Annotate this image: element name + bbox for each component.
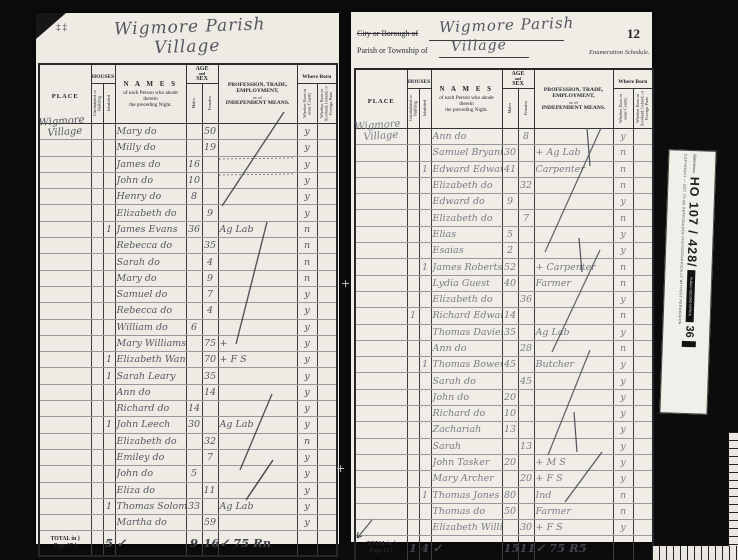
cell-s xyxy=(633,243,653,259)
total-uninhabited xyxy=(91,531,103,557)
cell-c: y xyxy=(297,172,317,188)
cell-i xyxy=(103,433,115,449)
cell-place xyxy=(355,324,407,340)
census-row: 1Edward Edwards41Carpentern xyxy=(355,161,653,177)
cell-place xyxy=(39,189,91,205)
cell-name: Rebecca do xyxy=(115,303,186,319)
cell-i xyxy=(103,466,115,482)
total-males: 15 xyxy=(502,536,518,560)
cell-u xyxy=(407,406,419,422)
page-title-script: Wigmore Parish xyxy=(114,14,266,39)
total-names-check: ✓ xyxy=(115,531,186,557)
cell-i xyxy=(103,449,115,465)
cell-m: 40 xyxy=(502,275,518,291)
total-inhabited: 4 xyxy=(419,536,431,560)
cell-f: 9 xyxy=(202,270,218,286)
census-row: James do16y xyxy=(39,156,337,172)
cell-place xyxy=(39,433,91,449)
cell-place xyxy=(39,221,91,237)
cell-m: 5 xyxy=(502,226,518,242)
cell-name: Edward Edwards xyxy=(431,161,502,177)
cell-c: y xyxy=(297,205,317,221)
cell-s xyxy=(633,503,653,519)
cell-u xyxy=(407,259,419,275)
cell-prof xyxy=(218,270,297,286)
cell-s xyxy=(317,482,337,498)
col-place: PLACE xyxy=(52,93,79,100)
cell-s xyxy=(633,275,653,291)
cell-u xyxy=(407,373,419,389)
cell-c: n xyxy=(297,238,317,254)
cell-u xyxy=(407,454,419,470)
census-row: 1James Evans36Ag Labn xyxy=(39,221,337,237)
cell-i xyxy=(419,210,431,226)
cell-place xyxy=(355,259,407,275)
census-row: Samuel do7y xyxy=(39,286,337,302)
cell-m: 14 xyxy=(502,308,518,324)
cell-prof xyxy=(218,368,297,384)
cell-place xyxy=(355,389,407,405)
cell-name: Thomas do xyxy=(431,503,502,519)
cell-s xyxy=(633,129,653,145)
cell-f xyxy=(202,417,218,433)
cell-s xyxy=(633,487,653,503)
cell-u xyxy=(407,487,419,503)
cell-s xyxy=(317,368,337,384)
total-profession: ✓ 75 R5 xyxy=(534,536,613,560)
cell-name: James Evans xyxy=(115,221,186,237)
cell-s xyxy=(317,433,337,449)
cell-c: n xyxy=(297,433,317,449)
cell-place xyxy=(355,471,407,487)
cell-s xyxy=(317,156,337,172)
cell-i xyxy=(419,503,431,519)
col-uninhabited: Uninhabited or Building xyxy=(93,85,102,122)
cell-f xyxy=(518,487,534,503)
cell-place xyxy=(355,308,407,324)
cell-prof xyxy=(534,226,613,242)
corner-mark: ‡‡ xyxy=(56,22,69,32)
cell-s xyxy=(633,520,653,536)
cell-f: 36 xyxy=(518,291,534,307)
cell-f xyxy=(202,172,218,188)
cell-f xyxy=(518,259,534,275)
cell-u xyxy=(91,384,103,400)
reference-caption: Reference: xyxy=(692,154,698,174)
cell-m xyxy=(502,210,518,226)
census-row: Lydia Guest40Farmern xyxy=(355,275,653,291)
cell-c: n xyxy=(613,275,633,291)
cell-place xyxy=(39,140,91,156)
cell-c: y xyxy=(613,291,633,307)
cell-place xyxy=(355,406,407,422)
col-uninhabited: Uninhabited or Building xyxy=(409,90,418,127)
cell-s xyxy=(633,259,653,275)
census-row: 1John Leech30Ag Laby xyxy=(39,417,337,433)
cell-c: y xyxy=(297,319,317,335)
cell-c: n xyxy=(613,503,633,519)
cell-prof: Ind xyxy=(534,487,613,503)
total-uninhabited: 1 xyxy=(407,536,419,560)
cell-m xyxy=(186,384,202,400)
cell-c: y xyxy=(297,124,317,140)
cell-m xyxy=(186,449,202,465)
cell-place xyxy=(39,498,91,514)
cell-prof xyxy=(218,482,297,498)
table-body: Ann do8ySamuel Bryant30+ Ag Labn1Edward … xyxy=(355,129,653,536)
table-body: Mary do50yMilly do19yJames do16yJohn do1… xyxy=(39,124,337,531)
cell-name: Ann do xyxy=(115,384,186,400)
cell-name: Elizabeth do xyxy=(431,210,502,226)
cell-u xyxy=(91,466,103,482)
cell-prof xyxy=(218,189,297,205)
cell-c: y xyxy=(613,324,633,340)
cell-prof xyxy=(534,129,613,145)
cell-place xyxy=(39,238,91,254)
cell-place xyxy=(39,401,91,417)
cell-place xyxy=(39,335,91,351)
schedule-caption: Enumeration Schedule. xyxy=(589,49,650,56)
cell-c: n xyxy=(613,308,633,324)
cell-f xyxy=(518,194,534,210)
cell-prof: + Carpenter xyxy=(534,259,613,275)
cell-u xyxy=(91,368,103,384)
cell-u xyxy=(91,515,103,531)
cell-s xyxy=(633,145,653,161)
census-row: 1Elizabeth Wanklin70+ F Sy xyxy=(39,352,337,368)
cell-m: 20 xyxy=(502,389,518,405)
cell-s xyxy=(633,340,653,356)
cell-m: 30 xyxy=(502,145,518,161)
cell-s xyxy=(317,352,337,368)
total-label: TOTAL in } Page 18 { xyxy=(355,536,407,560)
col-profession: PROFESSION, TRADE, EMPLOYMENT, or of IND… xyxy=(534,69,613,129)
cell-c: y xyxy=(297,384,317,400)
cell-name: Thomas Davies xyxy=(431,324,502,340)
cell-c: y xyxy=(297,498,317,514)
total-born-county xyxy=(613,536,633,560)
cell-f: 4 xyxy=(202,303,218,319)
table-total-row: TOTAL in } Page 17 { 5 ✓ 9 16 ✓ 75 Rn xyxy=(39,531,337,557)
cell-f xyxy=(202,466,218,482)
cell-s xyxy=(317,417,337,433)
cell-s xyxy=(633,454,653,470)
cell-place xyxy=(39,205,91,221)
census-row: Elias5y xyxy=(355,226,653,242)
cell-u xyxy=(91,335,103,351)
col-females: Females xyxy=(208,96,213,110)
cell-prof: Ag Lab xyxy=(218,498,297,514)
cell-f: 4 xyxy=(202,254,218,270)
cell-name: Zachariah xyxy=(431,422,502,438)
cell-name: Samuel do xyxy=(115,286,186,302)
cell-prof xyxy=(534,210,613,226)
cell-i xyxy=(103,156,115,172)
cell-m: 13 xyxy=(502,422,518,438)
cell-i xyxy=(419,145,431,161)
cell-i xyxy=(419,454,431,470)
cell-u xyxy=(407,161,419,177)
cell-u xyxy=(91,156,103,172)
census-row: Martha do59y xyxy=(39,515,337,531)
cell-prof xyxy=(218,384,297,400)
cell-name: Edward do xyxy=(431,194,502,210)
cell-i xyxy=(103,515,115,531)
cell-i xyxy=(419,177,431,193)
col-females: Females xyxy=(524,101,529,115)
cell-name: John do xyxy=(115,172,186,188)
census-row: John do10y xyxy=(39,172,337,188)
cell-i xyxy=(419,291,431,307)
cell-prof: Ag Lab xyxy=(218,417,297,433)
cell-name: John do xyxy=(115,466,186,482)
page-number: 12 xyxy=(627,26,640,42)
cell-f: 45 xyxy=(518,373,534,389)
cell-f: 11 m xyxy=(202,482,218,498)
census-row: Eliza do11 my xyxy=(39,482,337,498)
cell-place xyxy=(39,384,91,400)
cell-prof: Butcher xyxy=(534,357,613,373)
col-born-elsewhere: Whether Born in Scotland, Ireland, or Fo… xyxy=(636,90,650,127)
cell-m xyxy=(502,129,518,145)
cell-f: 50 xyxy=(202,124,218,140)
cell-i xyxy=(103,303,115,319)
census-row: Mary Archer20+ F Sy xyxy=(355,471,653,487)
census-row: 1Thomas Jones80Indn xyxy=(355,487,653,503)
cell-prof: + F S xyxy=(534,520,613,536)
cell-name: Elizabeth do xyxy=(431,177,502,193)
census-row: 1Thomas Solomons33Ag Laby xyxy=(39,498,337,514)
cell-place xyxy=(355,520,407,536)
cell-s xyxy=(317,205,337,221)
cell-place xyxy=(39,368,91,384)
cell-prof xyxy=(218,515,297,531)
census-row: Zachariah13y xyxy=(355,422,653,438)
cell-i xyxy=(419,373,431,389)
cell-c: n xyxy=(613,210,633,226)
cell-s xyxy=(317,238,337,254)
cell-f: 35 xyxy=(202,238,218,254)
cell-prof: Farmer xyxy=(534,503,613,519)
cell-f: 32 xyxy=(202,433,218,449)
cell-i: 1 xyxy=(419,487,431,503)
cell-place xyxy=(39,319,91,335)
cell-u xyxy=(91,270,103,286)
cell-prof xyxy=(218,319,297,335)
cell-place xyxy=(355,340,407,356)
census-row: Esaias2y xyxy=(355,243,653,259)
total-born-elsewhere xyxy=(317,531,337,557)
cell-f xyxy=(202,221,218,237)
cell-m xyxy=(502,520,518,536)
cell-place xyxy=(39,156,91,172)
cell-c: y xyxy=(297,466,317,482)
cell-m: 9 xyxy=(502,194,518,210)
cell-i xyxy=(419,275,431,291)
census-row: Emiley do7y xyxy=(39,449,337,465)
cell-place xyxy=(355,487,407,503)
cell-u xyxy=(407,194,419,210)
cell-place xyxy=(39,417,91,433)
cell-u xyxy=(91,221,103,237)
cell-f xyxy=(518,406,534,422)
cell-c: n xyxy=(613,487,633,503)
cell-name: Richard do xyxy=(115,401,186,417)
cell-f: 28 xyxy=(518,340,534,356)
cell-prof xyxy=(534,389,613,405)
cell-c: n xyxy=(613,259,633,275)
cell-name: Milly do xyxy=(115,140,186,156)
cell-m xyxy=(186,140,202,156)
cell-i: 1 xyxy=(103,417,115,433)
cell-c: y xyxy=(297,156,317,172)
cell-prof xyxy=(534,422,613,438)
cell-s xyxy=(633,471,653,487)
cell-f xyxy=(202,156,218,172)
cell-m: 6 xyxy=(186,319,202,335)
cell-c: y xyxy=(613,129,633,145)
census-row: Elizabeth do9y xyxy=(39,205,337,221)
cell-prof xyxy=(534,291,613,307)
cell-m xyxy=(186,335,202,351)
cell-i: 1 xyxy=(419,357,431,373)
cell-u xyxy=(91,140,103,156)
cell-s xyxy=(633,210,653,226)
cell-name: Elias xyxy=(431,226,502,242)
cell-f xyxy=(202,498,218,514)
cell-i xyxy=(103,189,115,205)
cell-place xyxy=(355,503,407,519)
cell-s xyxy=(317,335,337,351)
cell-c: y xyxy=(613,243,633,259)
census-row: William do6y xyxy=(39,319,337,335)
total-males: 9 xyxy=(186,531,202,557)
cell-i xyxy=(419,438,431,454)
cell-c: y xyxy=(297,449,317,465)
census-row: 1Sarah Leary35y xyxy=(39,368,337,384)
cell-c: n xyxy=(613,145,633,161)
cell-name: Elizabeth do xyxy=(115,433,186,449)
cell-m xyxy=(186,270,202,286)
cell-s xyxy=(317,124,337,140)
cell-i xyxy=(103,319,115,335)
cell-name: William do xyxy=(115,319,186,335)
cell-place xyxy=(355,291,407,307)
cell-c: n xyxy=(297,254,317,270)
cell-i: 1 xyxy=(103,498,115,514)
cell-c: y xyxy=(613,389,633,405)
cell-name: Mary do xyxy=(115,124,186,140)
cell-prof xyxy=(534,373,613,389)
cell-u xyxy=(91,482,103,498)
cell-u xyxy=(91,319,103,335)
cell-name: Mary do xyxy=(115,270,186,286)
cell-place xyxy=(355,243,407,259)
cell-c: y xyxy=(613,438,633,454)
cell-prof xyxy=(218,466,297,482)
cell-name: Elizabeth do xyxy=(431,291,502,307)
cell-prof: + F S xyxy=(534,471,613,487)
cell-i: 1 xyxy=(103,368,115,384)
total-females: 11 xyxy=(518,536,534,560)
census-row: Mary Williams75+y xyxy=(39,335,337,351)
cell-place xyxy=(39,254,91,270)
cell-s xyxy=(317,466,337,482)
cell-place xyxy=(39,286,91,302)
cell-m: 10 xyxy=(186,172,202,188)
cell-u xyxy=(91,433,103,449)
cell-prof xyxy=(218,254,297,270)
cell-i xyxy=(419,324,431,340)
cell-c: y xyxy=(297,286,317,302)
cell-i: 1 xyxy=(103,352,115,368)
cell-m: 2 xyxy=(502,243,518,259)
cell-place xyxy=(355,422,407,438)
census-row: Rebecca do4y xyxy=(39,303,337,319)
census-page-right: City or Borough of Wigmore Parish Parish… xyxy=(351,12,652,542)
ruler-strip-side xyxy=(729,432,738,546)
cell-name: Thomas Solomons xyxy=(115,498,186,514)
census-row: Sarah13y xyxy=(355,438,653,454)
cell-i: 1 xyxy=(103,221,115,237)
cell-s xyxy=(317,449,337,465)
cell-i: 1 xyxy=(419,259,431,275)
cell-i xyxy=(419,340,431,356)
cell-f xyxy=(518,308,534,324)
cell-name: Thomas Jones xyxy=(431,487,502,503)
cell-m xyxy=(186,286,202,302)
cell-name: Martha do xyxy=(115,515,186,531)
cell-m: 14 xyxy=(186,401,202,417)
cell-u xyxy=(407,275,419,291)
film-registration-plus: + xyxy=(336,462,345,475)
cell-u xyxy=(91,401,103,417)
archive-reference-label: Reference: HO 107 / 428/ PUBLIC RECORD O… xyxy=(659,149,716,415)
cell-place xyxy=(355,454,407,470)
cell-s xyxy=(633,226,653,242)
cell-i xyxy=(103,384,115,400)
microfilm-frame: ‡‡ Wigmore Parish Village PLACE HOUSES N… xyxy=(0,0,738,560)
cell-i xyxy=(103,286,115,302)
cell-m xyxy=(186,515,202,531)
cell-c: y xyxy=(297,335,317,351)
col-age-sex: AGE and SEX xyxy=(186,64,218,84)
total-females: 16 xyxy=(202,531,218,557)
census-row: Elizabeth Williams30+ F Sy xyxy=(355,520,653,536)
cell-f: 59 xyxy=(202,515,218,531)
cell-prof xyxy=(534,340,613,356)
cell-name: Lydia Guest xyxy=(431,275,502,291)
cell-c: n xyxy=(613,161,633,177)
cell-u xyxy=(407,438,419,454)
cell-prof xyxy=(218,124,297,140)
cell-m xyxy=(186,368,202,384)
cell-c: y xyxy=(297,482,317,498)
cell-f xyxy=(202,319,218,335)
cell-place xyxy=(39,172,91,188)
total-born-elsewhere xyxy=(633,536,653,560)
cell-c: y xyxy=(613,471,633,487)
census-row: Elizabeth do36y xyxy=(355,291,653,307)
cell-s xyxy=(633,373,653,389)
cell-place xyxy=(39,466,91,482)
cell-c: y xyxy=(297,352,317,368)
cell-u xyxy=(407,177,419,193)
census-row: Mary do9n xyxy=(39,270,337,286)
cell-name: James do xyxy=(115,156,186,172)
city-value-script: Wigmore Parish xyxy=(439,14,575,37)
cell-f: 35 xyxy=(202,368,218,384)
